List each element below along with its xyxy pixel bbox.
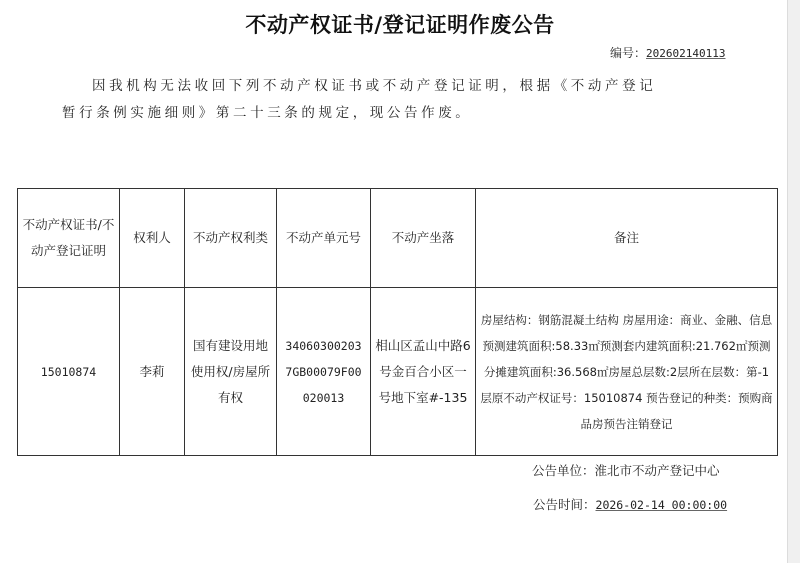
announcing-unit: 公告单位：淮北市不动产登记中心 bbox=[532, 461, 720, 479]
page-title: 不动产权证书/登记证明作废公告 bbox=[0, 9, 800, 39]
cell-right-holder: 李莉 bbox=[120, 288, 185, 456]
header-right-type: 不动产权利类 bbox=[185, 189, 277, 288]
announcing-unit-value: 淮北市不动产登记中心 bbox=[595, 463, 720, 478]
header-remarks: 备注 bbox=[476, 189, 778, 288]
intro-line-1: 因我机构无法收回下列不动产权证书或不动产登记证明，根据《不动产登记 bbox=[62, 73, 742, 100]
announcement-time-label: 公告时间： bbox=[533, 497, 596, 512]
announcing-unit-label: 公告单位： bbox=[532, 463, 595, 478]
cell-unit-no: 340603002037GB00079F00020013 bbox=[277, 288, 371, 456]
document-number: 编号：202602140113 bbox=[610, 44, 726, 61]
document-number-value: 202602140113 bbox=[646, 47, 725, 60]
announcement-time: 公告时间：2026-02-14 00:00:00 bbox=[533, 495, 727, 513]
cell-remarks: 房屋结构：钢筋混凝土结构 房屋用途：商业、金融、信息预测建筑面积:58.33㎡预… bbox=[476, 288, 778, 456]
scrollbar[interactable] bbox=[787, 0, 800, 563]
intro-line-2: 暂行条例实施细则》第二十三条的规定，现公告作废。 bbox=[62, 100, 742, 127]
document-number-label: 编号： bbox=[610, 46, 646, 60]
void-notice-table: 不动产权证书/不动产登记证明 权利人 不动产权利类 不动产单元号 不动产坐落 备… bbox=[17, 188, 778, 456]
table-header-row: 不动产权证书/不动产登记证明 权利人 不动产权利类 不动产单元号 不动产坐落 备… bbox=[18, 189, 778, 288]
header-right-holder: 权利人 bbox=[120, 189, 185, 288]
cell-certificate-no: 15010874 bbox=[18, 288, 120, 456]
announcement-time-value: 2026-02-14 00:00:00 bbox=[596, 498, 728, 512]
header-unit-no: 不动产单元号 bbox=[277, 189, 371, 288]
header-location: 不动产坐落 bbox=[371, 189, 476, 288]
intro-paragraph: 因我机构无法收回下列不动产权证书或不动产登记证明，根据《不动产登记 暂行条例实施… bbox=[62, 73, 742, 127]
cell-location: 相山区孟山中路6号金百合小区一号地下室#-135 bbox=[371, 288, 476, 456]
cell-right-type: 国有建设用地使用权/房屋所有权 bbox=[185, 288, 277, 456]
table-row: 15010874 李莉 国有建设用地使用权/房屋所有权 340603002037… bbox=[18, 288, 778, 456]
header-certificate-no: 不动产权证书/不动产登记证明 bbox=[18, 189, 120, 288]
